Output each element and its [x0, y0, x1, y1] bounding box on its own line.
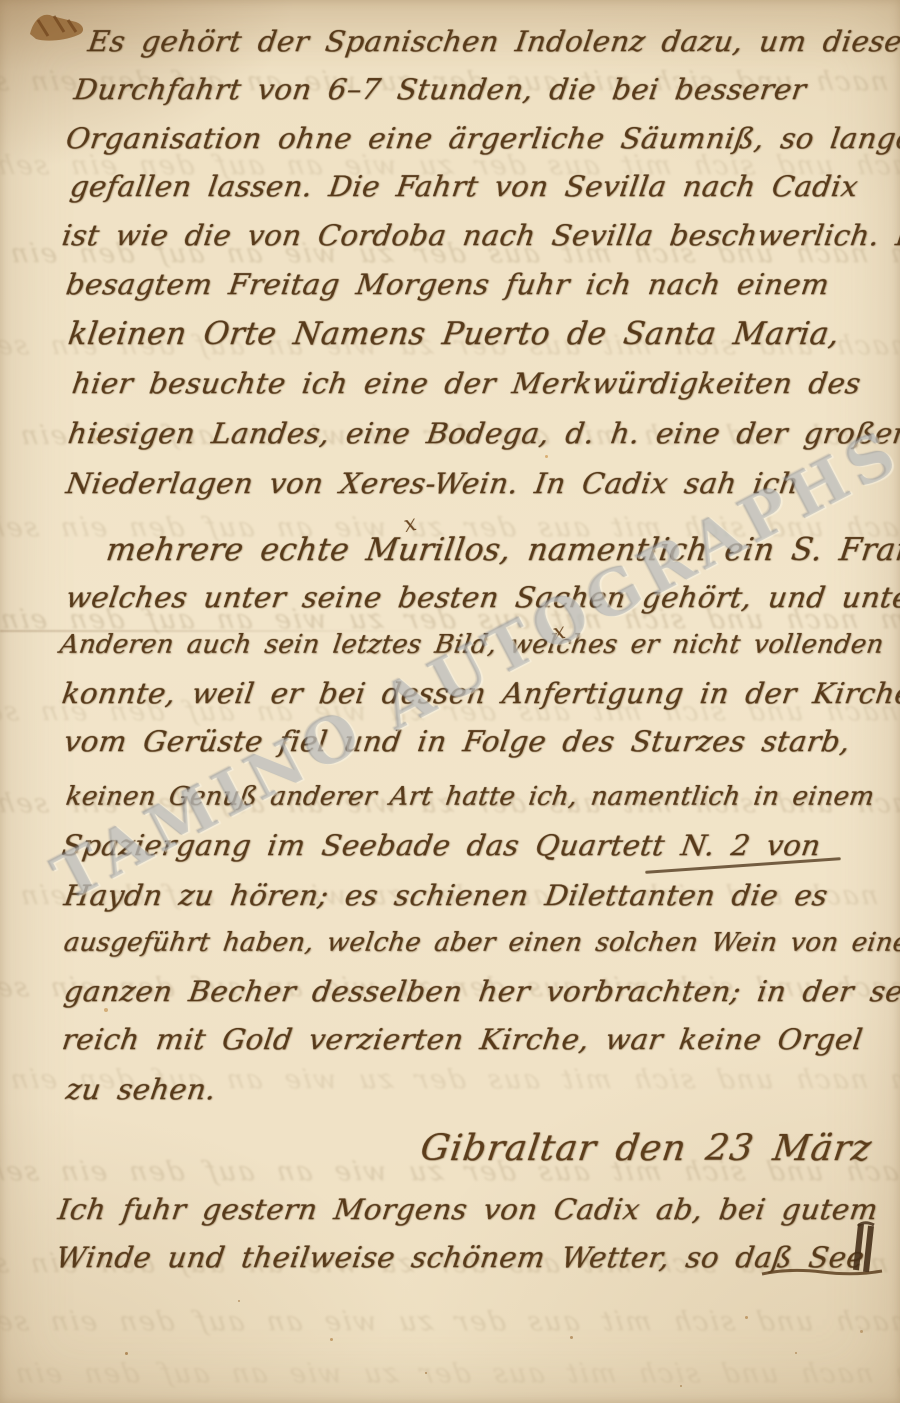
manuscript-line: Niederlagen von Xeres-Wein. In Cadix sah… — [64, 466, 801, 500]
manuscript-line: ganzen Becher desselben her vorbrachten;… — [62, 974, 900, 1008]
manuscript-line: Durchfahrt von 6–7 Stunden, die bei bess… — [72, 72, 809, 106]
foxing-speck — [238, 1300, 240, 1302]
foxing-speck — [570, 1336, 573, 1339]
manuscript-line: Ich fuhr gestern Morgens von Cadix ab, b… — [56, 1192, 880, 1226]
manuscript-line: Organisation ohne eine ärgerliche Säumni… — [64, 121, 900, 155]
bleedthrough-line: im uns die bei von dem nach und sich mit… — [0, 1358, 900, 1389]
manuscript-line: kleinen Orte Namens Puerto de Santa Mari… — [66, 316, 842, 352]
manuscript-line: Anderen auch sein letztes Bild, welches … — [58, 630, 886, 660]
manuscript-line: vom Gerüste fiel und in Folge des Sturze… — [62, 724, 852, 758]
manuscript-line: Es gehört der Spanischen Indolenz dazu, … — [86, 24, 900, 58]
manuscript-line: ist wie die von Cordoba nach Sevilla bes… — [60, 218, 900, 252]
manuscript-line: Spaziergang im Seebade das Quartett N. 2… — [60, 828, 823, 862]
manuscript-line: welches unter seine besten Sachen gehört… — [64, 580, 900, 614]
manuscript-line: reich mit Gold verzierten Kirche, war ke… — [60, 1022, 865, 1056]
manuscript-line: zu sehen. — [64, 1072, 218, 1106]
foxing-speck — [545, 455, 548, 458]
manuscript-line: hiesigen Landes, eine Bodega, d. h. eine… — [66, 416, 900, 450]
foxing-speck — [125, 1352, 128, 1355]
manuscript-line: Haydn zu hören; es schienen Dilettanten … — [62, 878, 830, 912]
foxing-speck — [425, 1372, 427, 1374]
letter-page: im uns die bei von dem nach und sich mit… — [0, 0, 900, 1403]
manuscript-line: keinen Genuß anderer Art hatte ich, name… — [64, 782, 876, 812]
manuscript-line: besagtem Freitag Morgens fuhr ich nach e… — [64, 267, 832, 301]
manuscript-line: ausgeführt haben, welche aber einen solc… — [62, 928, 900, 958]
manuscript-line: gefallen lassen. Die Fahrt von Sevilla n… — [68, 169, 860, 203]
foxing-speck — [745, 1316, 748, 1319]
foxing-speck — [104, 1008, 108, 1012]
dateline: Gibraltar den 23 März — [418, 1128, 875, 1169]
bleedthrough-line: im uns die bei von dem nach und sich mit… — [0, 1306, 900, 1337]
foxing-speck — [680, 1385, 682, 1387]
foxing-speck — [330, 1338, 333, 1341]
manuscript-line: Winde und theilweise schönem Wetter, so … — [54, 1240, 867, 1274]
foxing-speck — [860, 1330, 863, 1333]
manuscript-line: konnte, weil er bei dessen Anfertigung i… — [60, 676, 900, 710]
bold-ink-stroke-bottom-right — [848, 1220, 878, 1272]
manuscript-line: hier besuchte ich eine der Merkwürdigkei… — [70, 366, 863, 400]
manuscript-line: mehrere echte Murillos, namentlich ein S… — [104, 532, 900, 568]
ink-smudge-top-left — [24, 8, 90, 46]
foxing-speck — [795, 1352, 797, 1354]
